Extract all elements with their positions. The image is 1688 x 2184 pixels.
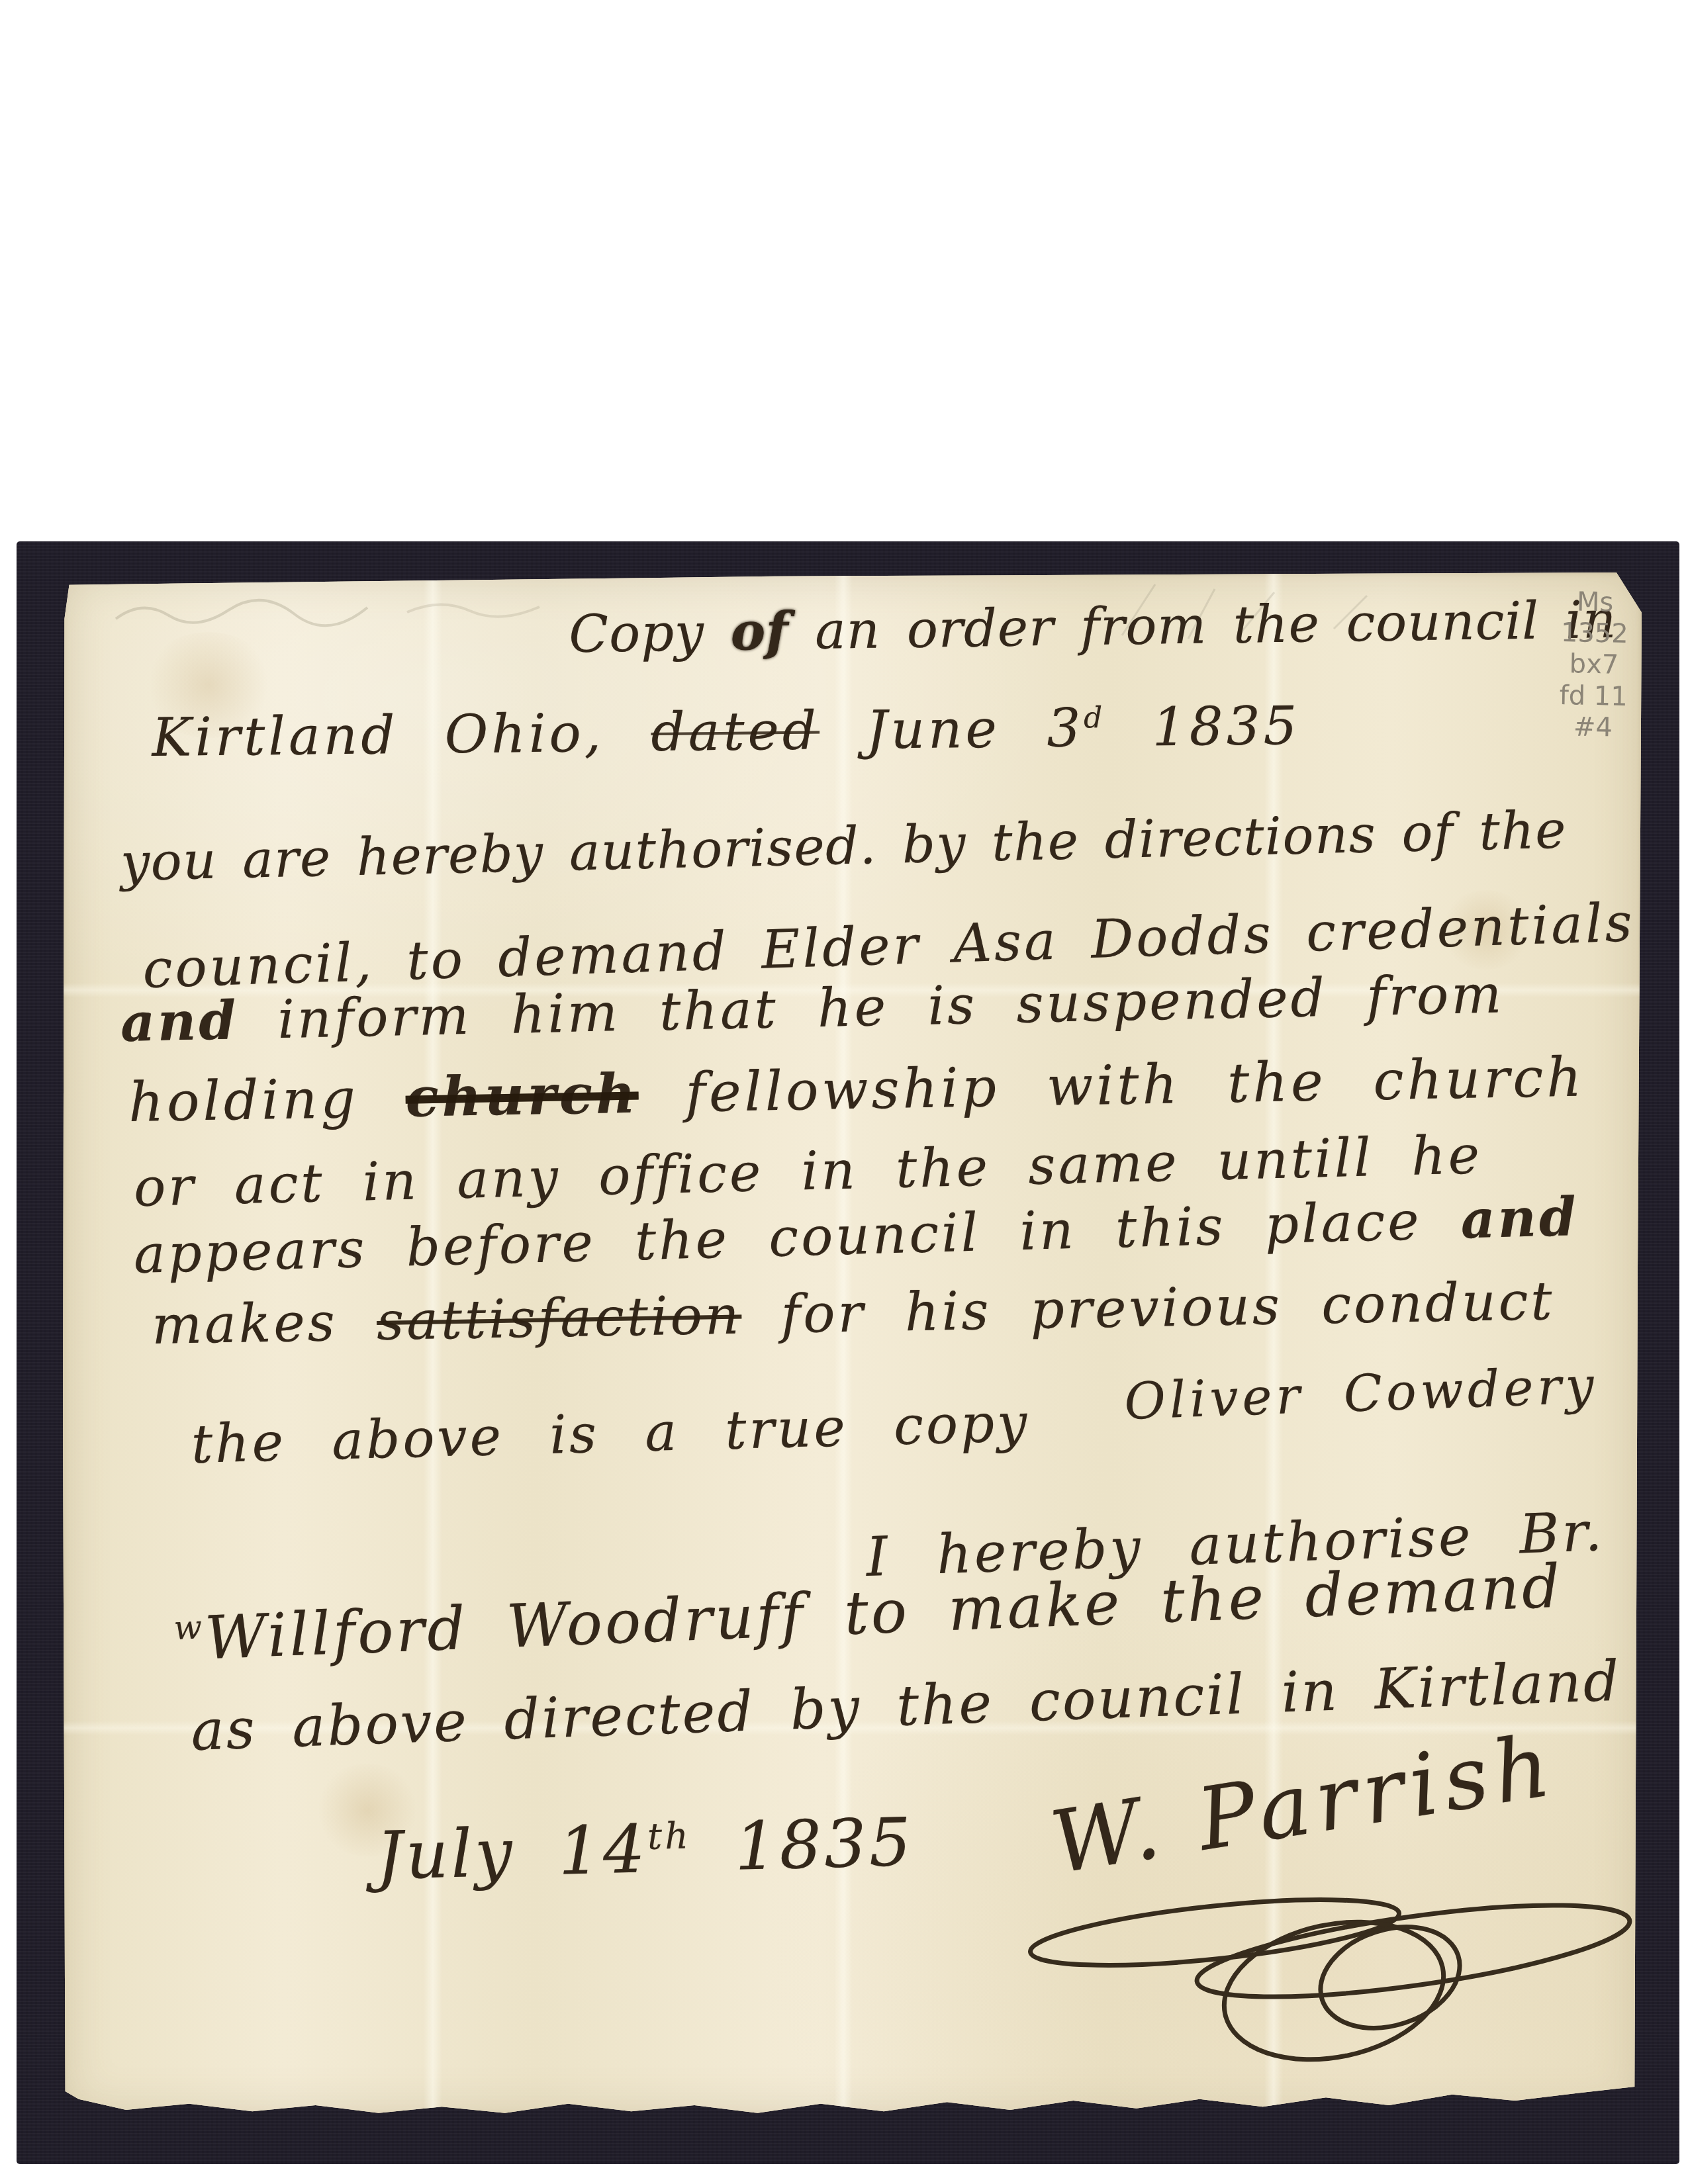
handwriting-segment: dated bbox=[651, 700, 820, 763]
line-kirtland-date: Kirtland Ohio, dated June 3d 1835 bbox=[152, 700, 1301, 764]
handwriting-segment: th bbox=[647, 1814, 691, 1858]
handwriting-segment: an order from the council in bbox=[788, 590, 1617, 661]
line-holding-fellowship: holding church fellowship with the churc… bbox=[128, 1050, 1585, 1130]
signature-w-parrish: W. Parrish bbox=[1046, 1721, 1562, 1886]
handwriting-segment: fellowship with the church bbox=[638, 1046, 1585, 1126]
archival-label-line: fd 11 bbox=[1550, 680, 1637, 712]
handwriting-segment: Oliver Cowdery bbox=[1123, 1355, 1599, 1431]
archival-label-line: #4 bbox=[1550, 711, 1636, 744]
handwriting-segment: church bbox=[405, 1062, 639, 1130]
handwriting-segment: and bbox=[120, 989, 239, 1054]
handwriting-segment: Copy bbox=[569, 603, 731, 664]
line-makes-satisfaction: makes sattisfaction for his previous con… bbox=[152, 1275, 1556, 1352]
line-true-copy: the above is a true copy bbox=[191, 1396, 1030, 1471]
handwriting-segment: 1835 bbox=[690, 1803, 915, 1887]
archival-label-line: Ms bbox=[1552, 586, 1638, 619]
handwriting-segment: holding bbox=[128, 1067, 406, 1134]
handwriting-segment: of bbox=[730, 601, 789, 662]
archival-label: Ms1352bx7fd 11#4 bbox=[1550, 586, 1638, 744]
scan-backdrop: Copy of an order from the council inKirt… bbox=[17, 541, 1679, 2164]
handwriting-segment: d bbox=[1084, 701, 1106, 735]
handwriting-segment: the above is a true copy bbox=[191, 1392, 1031, 1475]
archival-label-line: bx7 bbox=[1551, 649, 1638, 681]
handwriting-segment: July 14 bbox=[375, 1810, 649, 1895]
signature-oliver-cowdery: Oliver Cowdery bbox=[1123, 1360, 1598, 1427]
line-copy-heading: Copy of an order from the council in bbox=[569, 594, 1617, 660]
handwriting-segment: sattisfaction bbox=[376, 1284, 742, 1352]
handwriting-segment: w bbox=[173, 1608, 205, 1647]
handwriting-segment: Kirtland Ohio, bbox=[152, 702, 651, 768]
scanned-document-page: { "document": { "lines": [ { "name": "li… bbox=[0, 0, 1688, 2184]
fold-crease-vertical bbox=[1264, 572, 1283, 2115]
handwriting-segment: 1835 bbox=[1105, 695, 1301, 758]
signature-flourish bbox=[1016, 1893, 1645, 2065]
handwriting-segment: and bbox=[1460, 1185, 1579, 1251]
handwriting-segment: makes bbox=[151, 1291, 377, 1356]
line-date-july: July 14th 1835 bbox=[375, 1809, 914, 1889]
archival-label-line: 1352 bbox=[1551, 617, 1638, 650]
handwriting-segment: June 3 bbox=[820, 697, 1084, 761]
manuscript-paper: Copy of an order from the council inKirt… bbox=[63, 572, 1642, 2115]
handwriting-segment: W. Parrish bbox=[1045, 1714, 1563, 1893]
handwriting-segment: for his previous conduct bbox=[741, 1270, 1555, 1345]
line-hereby-authorised: you are hereby authorised. by the direct… bbox=[120, 804, 1567, 889]
